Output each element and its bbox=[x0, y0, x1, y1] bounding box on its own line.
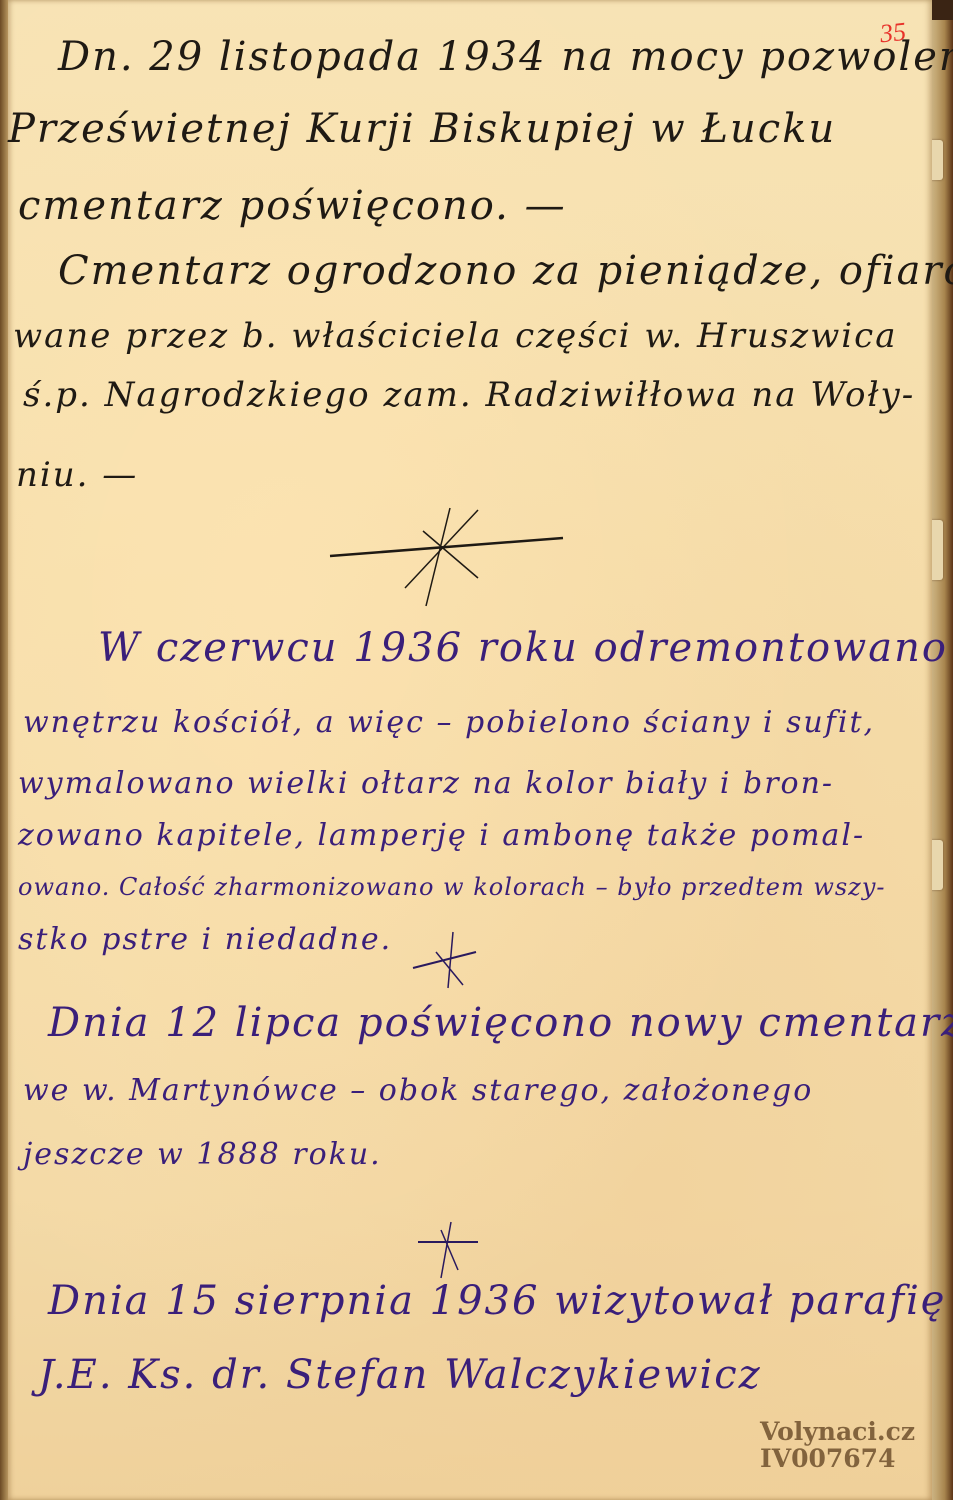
star-divider-icon bbox=[318, 498, 578, 608]
entry-line: J.E. Ks. dr. Stefan Walczykiewicz bbox=[38, 1352, 762, 1398]
entry-line: wane przez b. właściciela części w. Hrus… bbox=[13, 316, 897, 356]
watermark: Volynaci.cz IV007674 bbox=[760, 1418, 915, 1472]
entry-line: W czerwcu 1936 roku odremontowano we bbox=[98, 625, 953, 671]
entry-line: we w. Martynówce – obok starego, założon… bbox=[23, 1073, 813, 1108]
entry-line: jeszcze w 1888 roku. bbox=[23, 1137, 382, 1172]
entry-line: niu. — bbox=[16, 455, 138, 495]
entry-line: Dnia 12 lipca poświęcono nowy cmentarz bbox=[48, 1000, 953, 1046]
entry-line: Cmentarz ogrodzono za pieniądze, ofiaro- bbox=[58, 248, 953, 294]
entry-line: ś.p. Nagrodzkiego zam. Radziwiłłowa na W… bbox=[23, 375, 915, 415]
entry-line: cmentarz poświęcono. — bbox=[18, 183, 567, 229]
watermark-id: IV007674 bbox=[760, 1445, 915, 1472]
star-divider-icon bbox=[408, 930, 488, 990]
watermark-site: Volynaci.cz bbox=[760, 1418, 915, 1445]
entry-line: Prześwietnej Kurji Biskupiej w Łucku bbox=[8, 106, 836, 152]
star-divider-icon bbox=[413, 1220, 483, 1280]
entry-line: Dnia 15 sierpnia 1936 wizytował parafię bbox=[48, 1278, 946, 1324]
entry-line: zowano kapitele, lamperję i ambonę także… bbox=[18, 818, 865, 853]
entry-line: stko pstre i niedadne. bbox=[18, 922, 392, 957]
chronicle-page: 35 Dn. 29 listopada 1934 na mocy pozwole… bbox=[8, 0, 932, 1500]
entry-line: Dn. 29 listopada 1934 na mocy pozwolenia bbox=[58, 34, 953, 80]
entry-line: owano. Całość zharmonizowano w kolorach … bbox=[18, 873, 886, 901]
entry-line: wnętrzu kościół, a więc – pobielono ścia… bbox=[23, 705, 875, 740]
entry-line: wymalowano wielki ołtarz na kolor biały … bbox=[18, 766, 834, 801]
